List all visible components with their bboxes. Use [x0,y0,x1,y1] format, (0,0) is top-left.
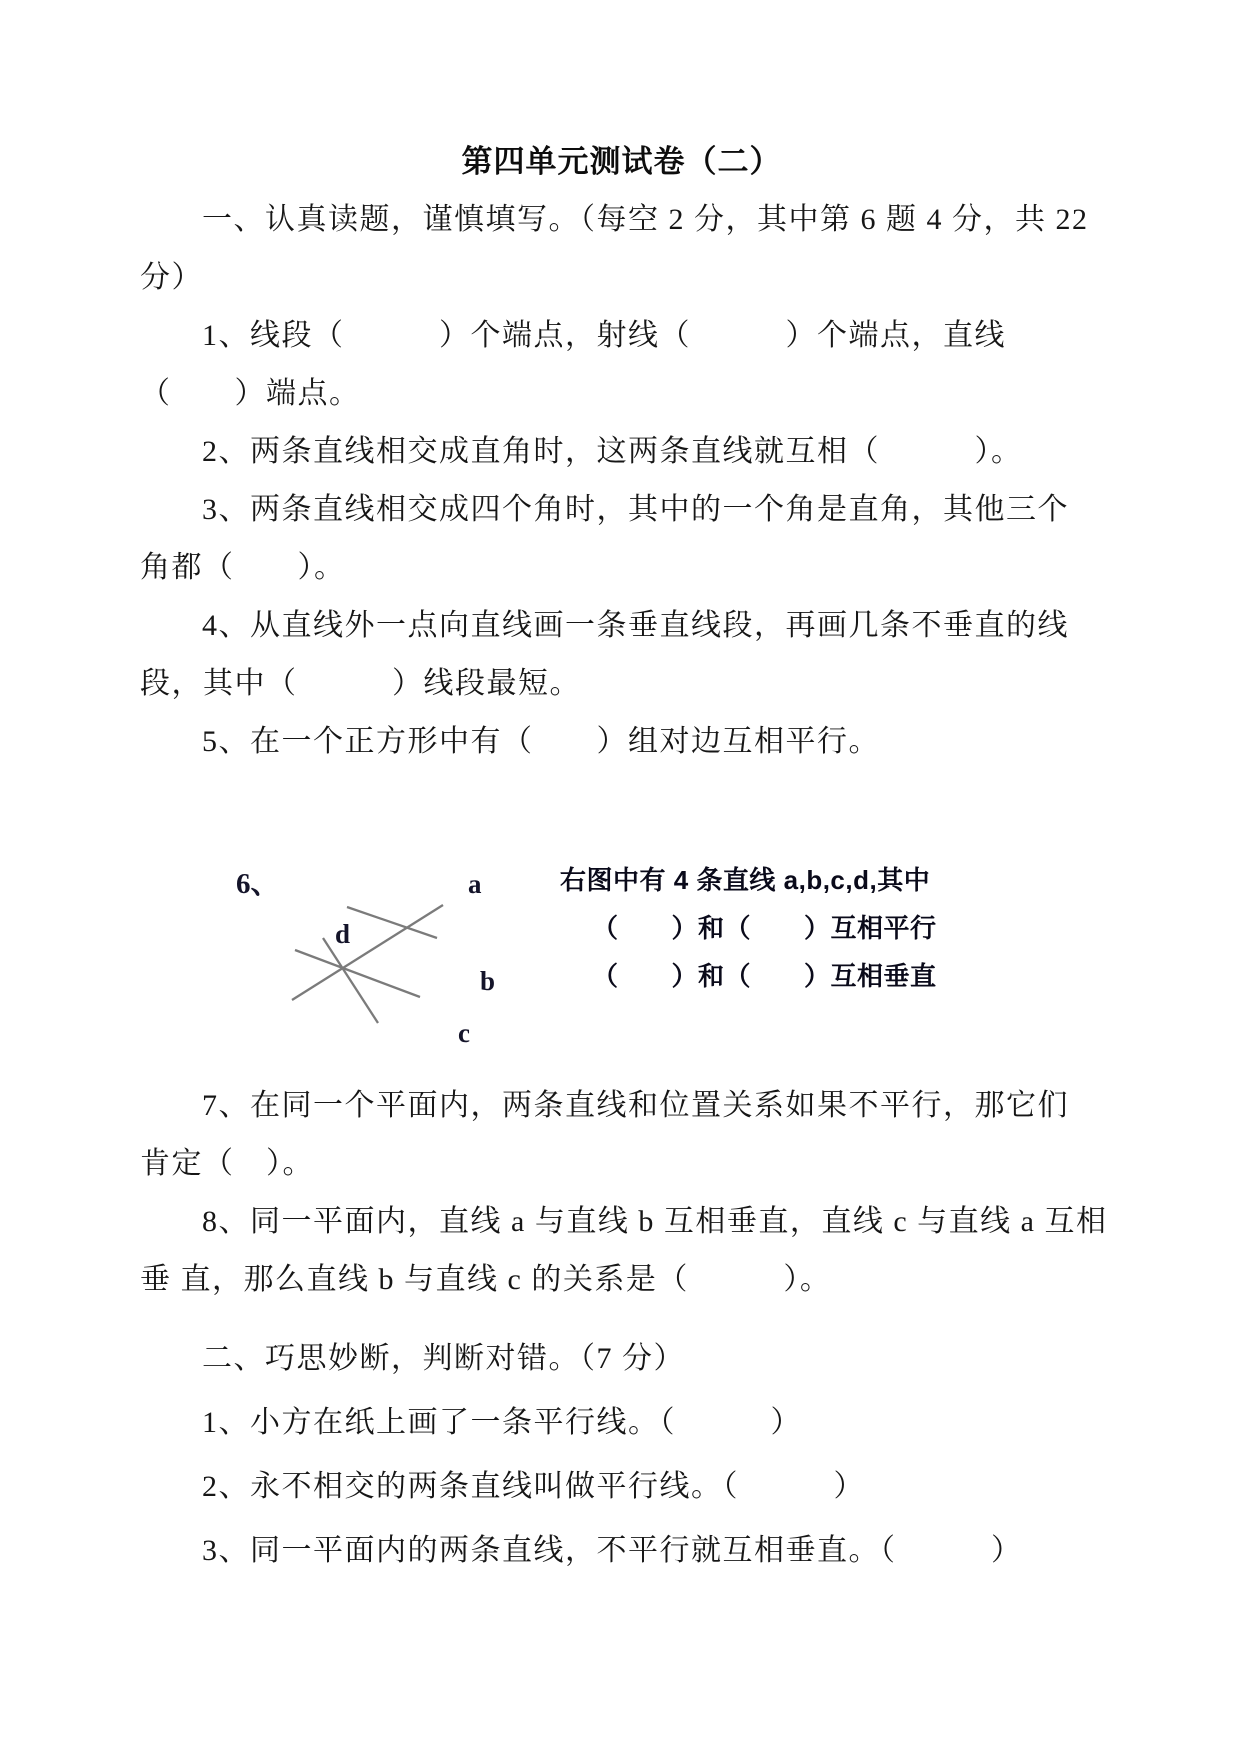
lines-diagram: a d b c [225,851,515,1061]
question4-line1: 4、从直线外一点向直线画一条垂直线段，再画几条不垂直的线 [140,597,1103,655]
judge-question3: 3、同一平面内的两条直线，不平行就互相垂直。（ ） [140,1519,1103,1583]
page-content: 第四单元测试卷（二） 一、认真读题，谨慎填写。（每空 2 分，其中第 6 题 4… [140,133,1103,1583]
question5-line: 5、在一个正方形中有（ ）组对边互相平行。 [140,713,1103,771]
line-label-d: d [335,919,350,949]
question3-line2: 角都（ ）。 [140,539,1103,597]
question7-line1: 7、在同一个平面内，两条直线和位置关系如果不平行，那它们 [140,1077,1103,1135]
line-label-b: b [480,966,495,996]
question6-prompt-line1: 右图中有 4 条直线 a,b,c,d,其中 [560,856,937,904]
section2-heading: 二、巧思妙断，判断对错。（7 分） [140,1327,1103,1391]
line-label-a: a [468,869,482,899]
question6-prompt-line2: （ ）和（ ）互相平行 [560,904,937,952]
line-a [292,905,443,1000]
question1-line2: （ ）端点。 [140,365,1103,423]
question7-line2: 肯定（ ）。 [140,1135,1103,1193]
question1-line1: 1、线段（ ）个端点，射线（ ）个端点，直线 [140,307,1103,365]
section1-heading-line1: 一、认真读题，谨慎填写。（每空 2 分，其中第 6 题 4 分，共 22 [140,191,1103,249]
question8-line2: 垂 直，那么直线 b 与直线 c 的关系是（ ）。 [140,1251,1103,1309]
question6-prompt: 右图中有 4 条直线 a,b,c,d,其中 （ ）和（ ）互相平行 （ ）和（ … [560,856,937,1000]
question4-line2: 段，其中（ ）线段最短。 [140,655,1103,713]
page-title: 第四单元测试卷（二） [140,133,1103,191]
judge-question2: 2、永不相交的两条直线叫做平行线。（ ） [140,1455,1103,1519]
line-d [347,907,437,938]
section2-block: 二、巧思妙断，判断对错。（7 分） 1、小方在纸上画了一条平行线。（ ） 2、永… [140,1327,1103,1583]
line-label-c: c [458,1018,470,1048]
question8-line1: 8、同一平面内，直线 a 与直线 b 互相垂直，直线 c 与直线 a 互相 [140,1193,1103,1251]
test-paper-page: 第四单元测试卷（二） 一、认真读题，谨慎填写。（每空 2 分，其中第 6 题 4… [0,0,1241,1754]
question6-block: 6、 a d b c 右图中有 4 条直线 a,b,c,d,其中 （ ）和（ ）… [140,771,1103,1077]
question2-line: 2、两条直线相交成直角时，这两条直线就互相（ ）。 [140,423,1103,481]
question3-line1: 3、两条直线相交成四个角时，其中的一个角是直角，其他三个 [140,481,1103,539]
judge-question1: 1、小方在纸上画了一条平行线。（ ） [140,1391,1103,1455]
question6-prompt-line3: （ ）和（ ）互相垂直 [560,952,937,1000]
section1-heading-line2: 分） [140,249,1103,307]
